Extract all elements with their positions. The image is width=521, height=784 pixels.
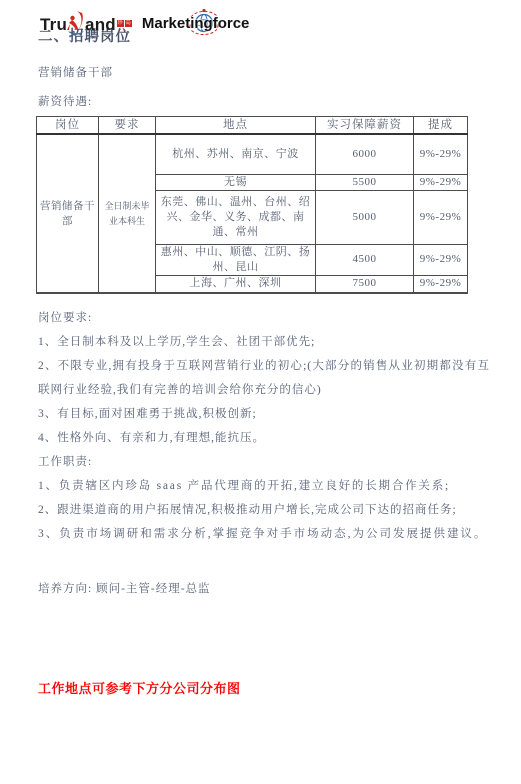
salary-cell: 5000 xyxy=(316,190,414,244)
duties-title: 工作职责: xyxy=(38,450,490,474)
commission-cell: 9%-29% xyxy=(414,275,468,293)
salary-cell: 6000 xyxy=(316,134,414,174)
development-path: 培养方向: 顾问-主管-经理-总监 xyxy=(38,580,490,596)
commission-cell: 9%-29% xyxy=(414,134,468,174)
requirement-item: 2、不限专业,拥有投身于互联网营销行业的初心;(大部分的销售从业初期都没有互联网… xyxy=(38,354,490,402)
table-header-row: 岗位 要求 地点 实习保障薪资 提成 xyxy=(37,117,468,135)
salary-cell: 5500 xyxy=(316,174,414,190)
marketingforce-text: Marketingforce xyxy=(142,15,250,32)
badge-char: 岛 xyxy=(125,20,132,27)
col-header-commission: 提成 xyxy=(414,117,468,135)
requirement-item: 4、性格外向、有亲和力,有理想,能抗压。 xyxy=(38,426,490,450)
col-header-location: 地点 xyxy=(156,117,316,135)
requirement-item: 1、全日制本科及以上学历,学生会、社团干部优先; xyxy=(38,330,490,354)
truland-figure-icon xyxy=(66,10,86,36)
footer-note: 工作地点可参考下方分公司分布图 xyxy=(38,678,241,697)
location-cell: 无锡 xyxy=(156,174,316,190)
salary-cell: 7500 xyxy=(316,275,414,293)
col-header-requirement: 要求 xyxy=(99,117,156,135)
location-cell: 惠州、中山、顺德、江阴、扬州、昆山 xyxy=(156,244,316,275)
duty-item: 3、负责市场调研和需求分析,掌握竞争对手市场动态,为公司发展提供建议。 xyxy=(38,522,490,546)
location-cell: 杭州、苏州、南京、宁波 xyxy=(156,134,316,174)
truland-text-pre: Tru xyxy=(40,14,67,36)
location-cell: 东莞、佛山、温州、台州、绍兴、金华、义务、成都、南通、常州 xyxy=(156,190,316,244)
commission-cell: 9%-29% xyxy=(414,244,468,275)
duty-item: 1、负责辖区内珍岛 saas 产品代理商的开拓,建立良好的长期合作关系; xyxy=(38,474,490,498)
salary-label: 薪资待遇: xyxy=(38,93,521,109)
commission-cell: 9%-29% xyxy=(414,174,468,190)
requirements-title: 岗位要求: xyxy=(38,306,490,330)
salary-table: 岗位 要求 地点 实习保障薪资 提成 营销储备干部 全日制未毕业本科生 杭州、苏… xyxy=(36,116,468,294)
document-page: Tru and 珍 岛 xyxy=(0,0,521,784)
logo-bar: Tru and 珍 岛 xyxy=(40,8,249,38)
requirement-cell: 全日制未毕业本科生 xyxy=(99,134,156,293)
truland-text-post: and xyxy=(85,14,116,36)
col-header-position: 岗位 xyxy=(37,117,99,135)
position-cell: 营销储备干部 xyxy=(37,134,99,293)
commission-cell: 9%-29% xyxy=(414,190,468,244)
table-row: 营销储备干部 全日制未毕业本科生 杭州、苏州、南京、宁波 6000 9%-29% xyxy=(37,134,468,174)
marketingforce-logo: Marketingforce xyxy=(142,8,250,38)
badge-char: 珍 xyxy=(117,20,124,27)
salary-cell: 4500 xyxy=(316,244,414,275)
duty-item: 2、跟进渠道商的用户拓展情况,积极推动用户增长,完成公司下达的招商任务; xyxy=(38,498,490,522)
location-cell: 上海、广州、深圳 xyxy=(156,275,316,293)
truland-logo: Tru and 珍 岛 xyxy=(40,10,132,36)
position-title: 营销储备干部 xyxy=(38,64,521,80)
body-text: 岗位要求: 1、全日制本科及以上学历,学生会、社团干部优先; 2、不限专业,拥有… xyxy=(38,306,490,546)
truland-badge: 珍 岛 xyxy=(117,20,132,27)
requirement-item: 3、有目标,面对困难勇于挑战,积极创新; xyxy=(38,402,490,426)
col-header-salary: 实习保障薪资 xyxy=(316,117,414,135)
